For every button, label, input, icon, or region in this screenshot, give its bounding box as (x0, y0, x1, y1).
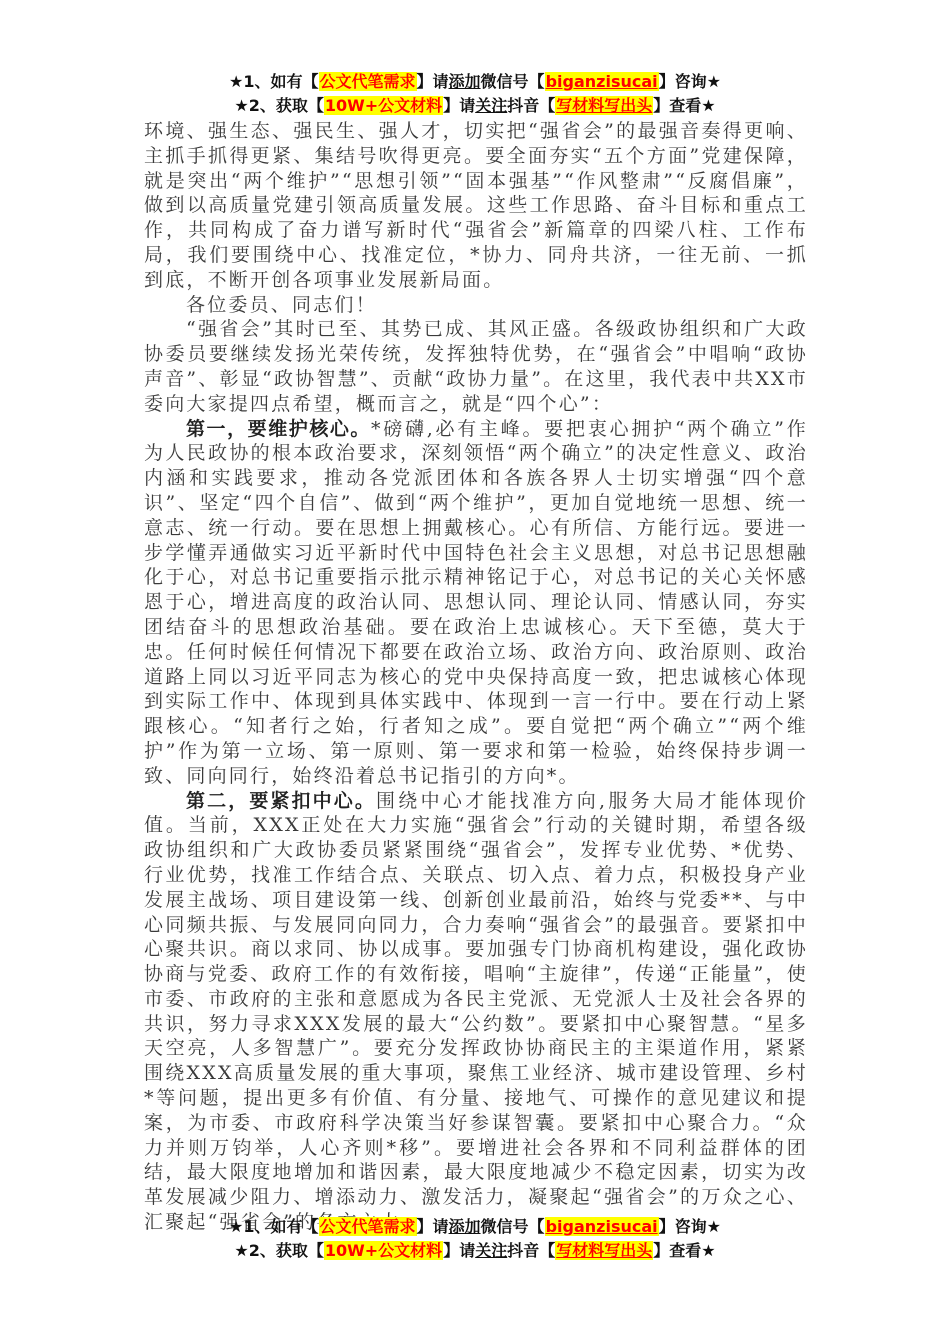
promo-banner-bottom: ★1、如有【公文代笔需求】请添加微信号【biganzisucai】咨询★ ★2、… (0, 1215, 950, 1263)
paragraph-text: *磅礴,必有主峰。要把衷心拥护“两个确立”作为人民政协的根本政治要求，深刻领悟“… (144, 418, 808, 787)
paragraph-text: “强省会”其时已至、其势已成、其风正盛。各级政协组织和广大政协委员要继续发扬光荣… (144, 318, 808, 414)
paragraph-heading: 第二，要紧扣中心。 (186, 790, 376, 812)
promo-underlined-add: 添加 (449, 1217, 481, 1236)
promo-highlight-service: 公文代笔需求 (319, 1217, 417, 1236)
promo-highlight-douyin-account: 写材料写出头 (555, 1241, 653, 1260)
document-page: ★1、如有【公文代笔需求】请添加微信号【biganzisucai】咨询★ ★2、… (0, 0, 950, 1344)
promo-line-1: ★1、如有【公文代笔需求】请添加微信号【biganzisucai】咨询★ (0, 1215, 950, 1239)
paragraph-heading: 第一，要维护核心。 (186, 418, 371, 440)
promo-text: 】请 (443, 1241, 475, 1260)
promo-highlight-douyin-account: 写材料写出头 (555, 96, 653, 115)
promo-underlined-follow: 关注 (475, 96, 507, 115)
promo-text: 】咨询★ (659, 1217, 721, 1236)
paragraph-salutation: 各位委员、同志们！ (144, 293, 808, 318)
paragraph-intro: “强省会”其时已至、其势已成、其风正盛。各级政协组织和广大政协委员要继续发扬光荣… (144, 317, 808, 416)
promo-text: 】请 (443, 96, 475, 115)
promo-text: 抖音【 (507, 1241, 555, 1260)
promo-line-1: ★1、如有【公文代笔需求】请添加微信号【biganzisucai】咨询★ (0, 70, 950, 94)
promo-underlined-add: 添加 (449, 72, 481, 91)
promo-highlight-materials: 10W+公文材料 (324, 96, 443, 115)
paragraph-point-2: 第二，要紧扣中心。围绕中心才能找准方向,服务大局才能体现价值。当前，XXX正处在… (144, 789, 808, 1235)
promo-text: ★1、如有【 (229, 72, 318, 91)
promo-highlight-wechat-id: biganzisucai (545, 72, 659, 91)
promo-banner-top: ★1、如有【公文代笔需求】请添加微信号【biganzisucai】咨询★ ★2、… (0, 70, 950, 118)
paragraph-continuation: 环境、强生态、强民生、强人才，切实把“强省会”的最强音奏得更响、主抓手抓得更紧、… (144, 119, 808, 293)
paragraph-text: 环境、强生态、强民生、强人才，切实把“强省会”的最强音奏得更响、主抓手抓得更紧、… (144, 120, 808, 291)
promo-text: 微信号【 (481, 1217, 545, 1236)
promo-line-2: ★2、获取【10W+公文材料】请关注抖音【写材料写出头】查看★ (0, 1239, 950, 1263)
paragraph-text: 各位委员、同志们！ (186, 294, 377, 316)
promo-highlight-service: 公文代笔需求 (319, 72, 417, 91)
promo-underlined-follow: 关注 (475, 1241, 507, 1260)
promo-text: 】请 (417, 1217, 449, 1236)
promo-text: ★2、获取【 (234, 1241, 323, 1260)
promo-text: 】查看★ (653, 96, 715, 115)
promo-text: 微信号【 (481, 72, 545, 91)
promo-text: 抖音【 (507, 96, 555, 115)
promo-text: 】请 (417, 72, 449, 91)
promo-line-2: ★2、获取【10W+公文材料】请关注抖音【写材料写出头】查看★ (0, 94, 950, 118)
paragraph-text: 围绕中心才能找准方向,服务大局才能体现价值。当前，XXX正处在大力实施“强省会”… (144, 790, 808, 1234)
promo-highlight-materials: 10W+公文材料 (324, 1241, 443, 1260)
promo-text: ★2、获取【 (234, 96, 323, 115)
paragraph-point-1: 第一，要维护核心。*磅礴,必有主峰。要把衷心拥护“两个确立”作为人民政协的根本政… (144, 417, 808, 789)
promo-highlight-wechat-id: biganzisucai (545, 1217, 659, 1236)
promo-text: ★1、如有【 (229, 1217, 318, 1236)
promo-text: 】查看★ (653, 1241, 715, 1260)
promo-text: 】咨询★ (659, 72, 721, 91)
document-body: 环境、强生态、强民生、强人才，切实把“强省会”的最强音奏得更响、主抓手抓得更紧、… (144, 119, 808, 1235)
